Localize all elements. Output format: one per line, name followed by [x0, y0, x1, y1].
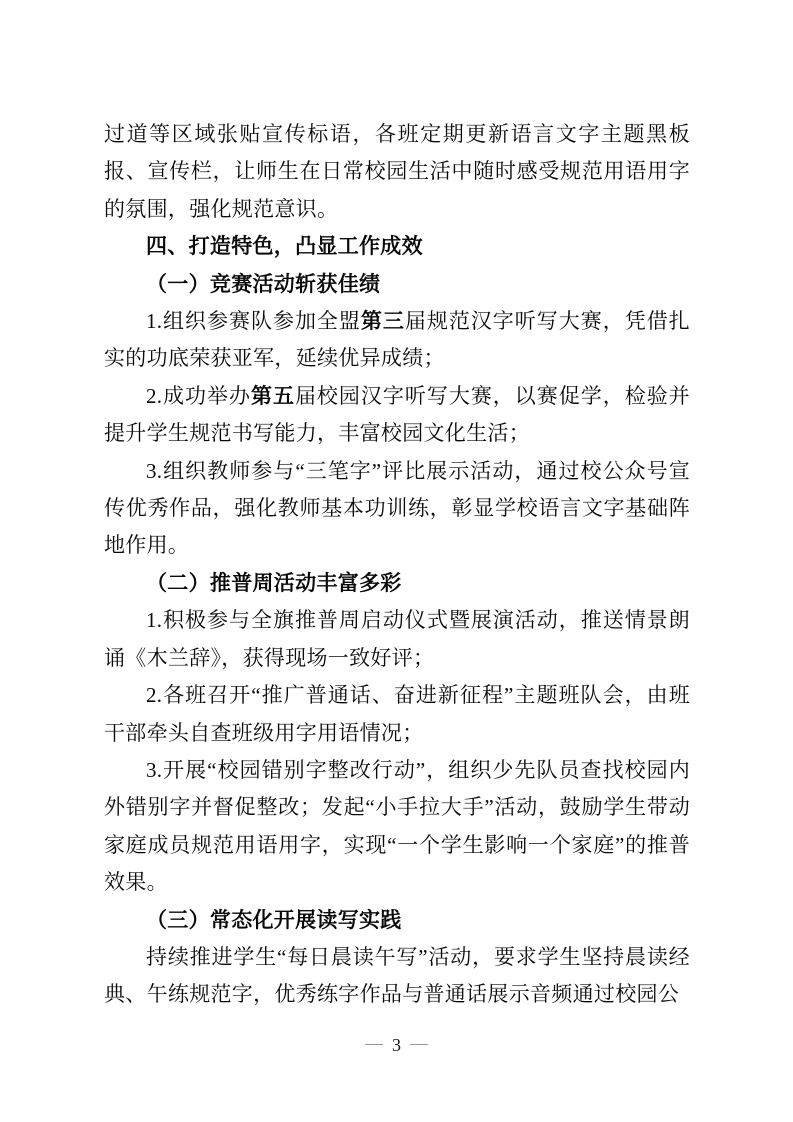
- page-number-dash-left: —: [365, 1033, 383, 1053]
- page-number-dash-right: —: [410, 1033, 428, 1053]
- text-run: 1.组织参赛队参加全盟: [146, 309, 361, 333]
- paragraph: 2.成功举办第五届校园汉字听写大赛，以赛促学，检验并提升学生规范书写能力，丰富校…: [104, 378, 690, 453]
- page-number: 3: [392, 1035, 401, 1055]
- paragraph: 3.开展“校园错别字整改行动”，组织少先队员查找校园内外错别字并督促整改；发起“…: [104, 752, 690, 902]
- subsection-heading: （一）竞赛活动斩获佳绩: [104, 266, 690, 303]
- paragraph: 3.组织教师参与“三笔字”评比展示活动，通过校公众号宣传优秀作品，强化教师基本功…: [104, 453, 690, 565]
- text-run-bold: 第五: [251, 384, 295, 408]
- paragraph: 2.各班召开“推广普通话、奋进新征程”主题班队会，由班干部牵头自查班级用字用语情…: [104, 677, 690, 752]
- paragraph: 过道等区域张贴宣传标语，各班定期更新语言文字主题黑板报、宣传栏，让师生在日常校园…: [104, 116, 690, 228]
- paragraph: 持续推进学生“每日晨读午写”活动，要求学生坚持晨读经典、午练规范字，优秀练字作品…: [104, 939, 690, 1014]
- subsection-heading: （三）常态化开展读写实践: [104, 902, 690, 939]
- section-heading: 四、打造特色，凸显工作成效: [104, 228, 690, 265]
- document-page: 过道等区域张贴宣传标语，各班定期更新语言文字主题黑板报、宣传栏，让师生在日常校园…: [0, 0, 793, 1122]
- page-footer: —3—: [0, 1032, 793, 1058]
- text-run: 2.成功举办: [146, 384, 251, 408]
- paragraph: 1.积极参与全旗推普周启动仪式暨展演活动，推送情景朗诵《木兰辞》，获得现场一致好…: [104, 602, 690, 677]
- subsection-heading: （二）推普周活动丰富多彩: [104, 565, 690, 602]
- document-content: 过道等区域张贴宣传标语，各班定期更新语言文字主题黑板报、宣传栏，让师生在日常校园…: [104, 116, 690, 1014]
- text-run-bold: 第三: [361, 309, 405, 333]
- paragraph: 1.组织参赛队参加全盟第三届规范汉字听写大赛，凭借扎实的功底荣获亚军，延续优异成…: [104, 303, 690, 378]
